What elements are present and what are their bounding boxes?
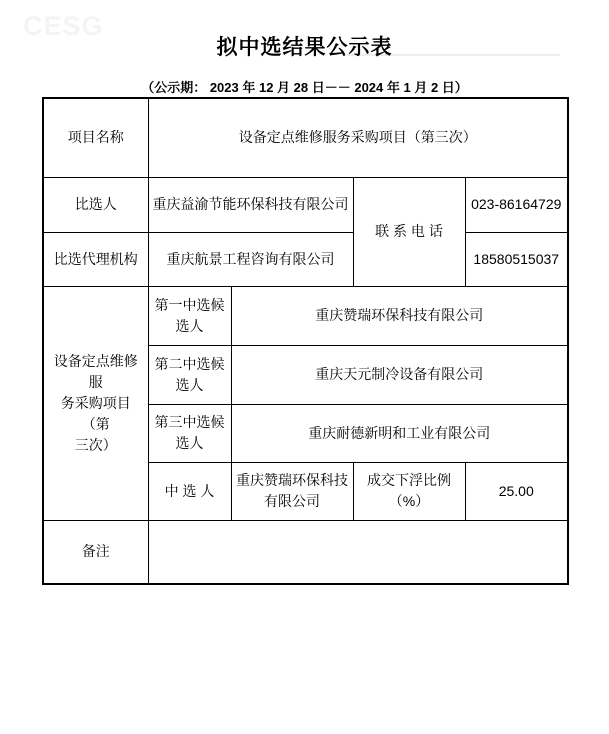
remarks-label: 备注	[43, 520, 148, 584]
agency-value: 重庆航景工程咨询有限公司	[148, 232, 353, 286]
project-name-value: 设备定点维修服务采购项目（第三次）	[148, 98, 568, 177]
table-row: 比选代理机构 重庆航景工程咨询有限公司 18580515037	[43, 232, 568, 286]
remarks-value	[148, 520, 568, 584]
bidder-value: 重庆益渝节能环保科技有限公司	[148, 177, 353, 232]
contact-phone-label: 联 系 电 话	[353, 177, 465, 286]
candidate2-label: 第二中选候 选人	[148, 345, 231, 404]
bidder-phone-value: 023-86164729	[465, 177, 568, 232]
section-project-label: 设备定点维修服 务采购项目（第 三次）	[43, 286, 148, 520]
candidate3-value: 重庆耐德新明和工业有限公司	[231, 404, 568, 462]
candidate1-value: 重庆赞瑞环保科技有限公司	[231, 286, 568, 345]
candidate1-label: 第一中选候 选人	[148, 286, 231, 345]
candidate2-value: 重庆天元制冷设备有限公司	[231, 345, 568, 404]
candidate3-label: 第三中选候 选人	[148, 404, 231, 462]
table-row: 设备定点维修服 务采购项目（第 三次） 第一中选候 选人 重庆赞瑞环保科技有限公…	[43, 286, 568, 345]
agency-label: 比选代理机构	[43, 232, 148, 286]
publicity-period: （公示期： 2023 年 12 月 28 日－－ 2024 年 1 月 2 日）	[0, 77, 609, 96]
bidder-label: 比选人	[43, 177, 148, 232]
winner-value: 重庆赞瑞环保科技 有限公司	[231, 462, 353, 520]
discount-ratio-label: 成交下浮比例（%）	[353, 462, 465, 520]
table-row: 比选人 重庆益渝节能环保科技有限公司 联 系 电 话 023-86164729	[43, 177, 568, 232]
page-title: 拟中选结果公示表	[0, 31, 609, 61]
discount-ratio-value: 25.00	[465, 462, 568, 520]
table-row: 备注	[43, 520, 568, 584]
table-row: 项目名称 设备定点维修服务采购项目（第三次）	[43, 98, 568, 177]
result-table: 项目名称 设备定点维修服务采购项目（第三次） 比选人 重庆益渝节能环保科技有限公…	[42, 97, 569, 585]
agency-phone-value: 18580515037	[465, 232, 568, 286]
document-page: CESG 拟中选结果公示表 （公示期： 2023 年 12 月 28 日－－ 2…	[0, 0, 609, 734]
project-name-label: 项目名称	[43, 98, 148, 177]
winner-label: 中 选 人	[148, 462, 231, 520]
